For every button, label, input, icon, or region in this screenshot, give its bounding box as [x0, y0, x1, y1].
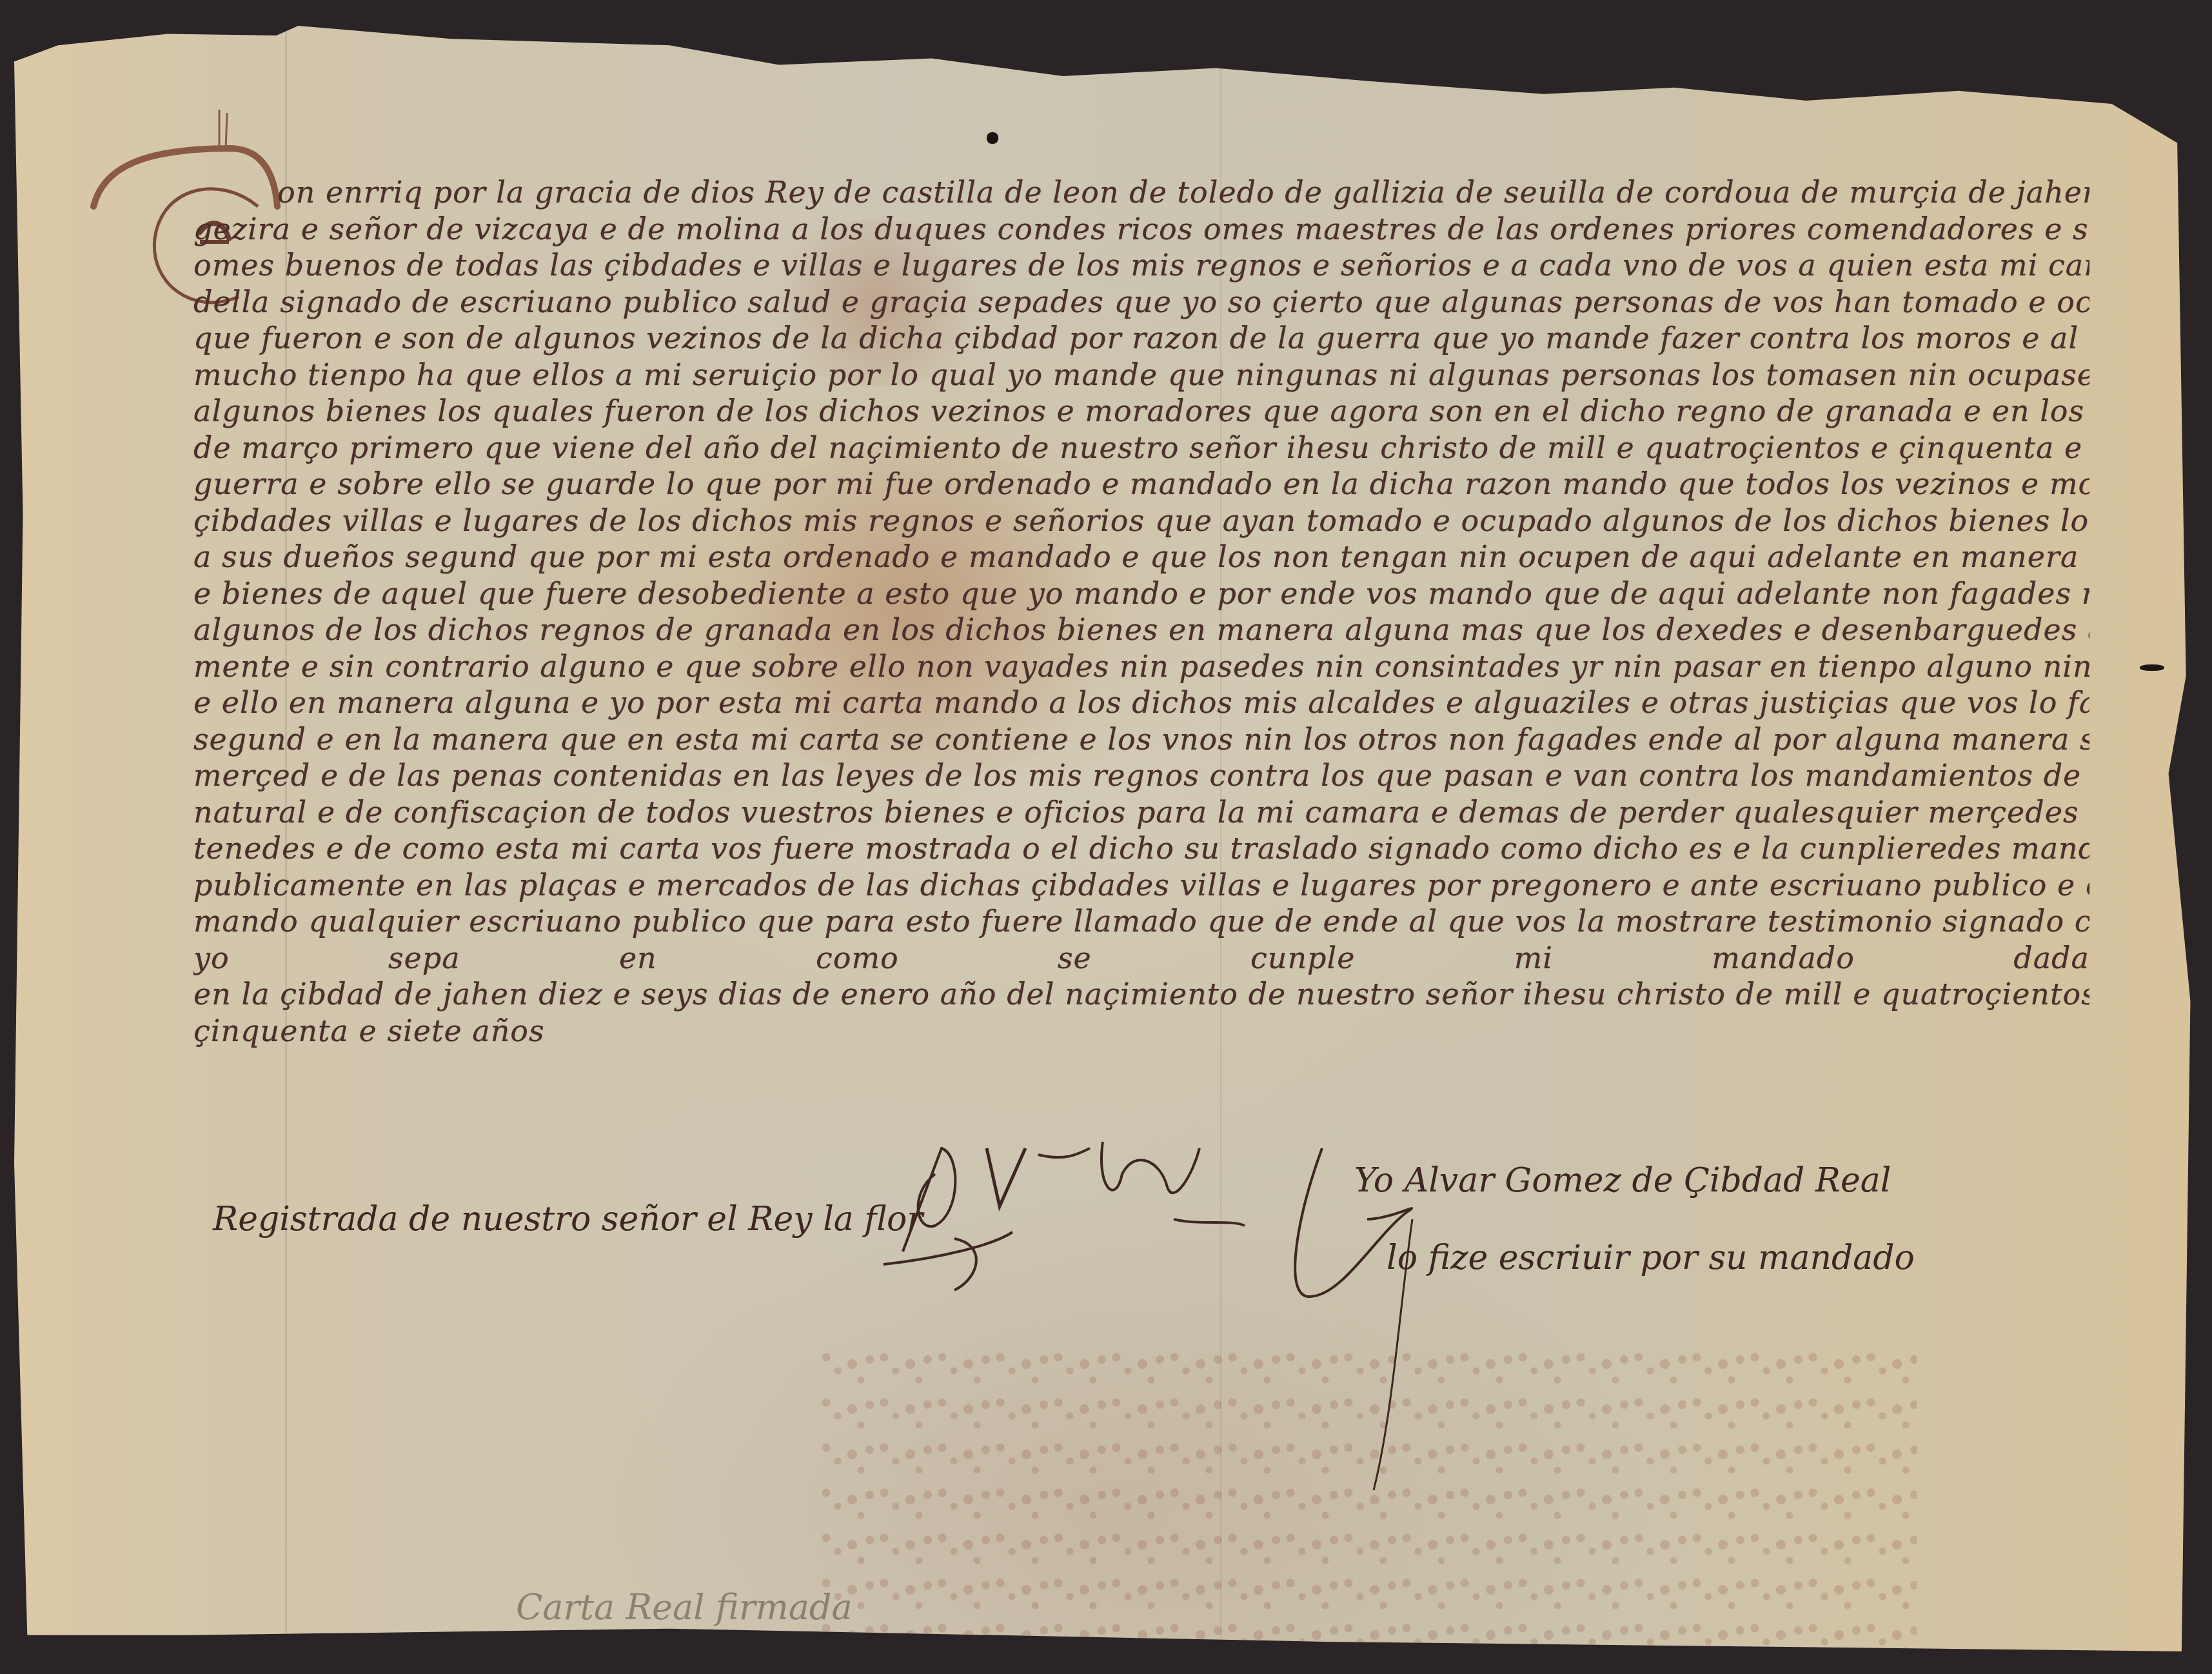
- royal-rubric-icon: [864, 1135, 1264, 1342]
- text-line: a sus dueños segund que por mi esta orde…: [193, 539, 2089, 575]
- text-line: çinquenta e siete años: [193, 1013, 2089, 1050]
- text-line: yo sepa en como se cunple mi mandado dad…: [193, 940, 2089, 977]
- text-line: algunos bienes los quales fueron de los …: [193, 393, 2089, 430]
- text-line: mente e sin contrario alguno e que sobre…: [193, 648, 2089, 685]
- text-line: omes buenos de todas las çibdades e vill…: [193, 247, 2089, 284]
- text-line: de março primero que viene del año del n…: [193, 430, 2089, 466]
- text-line: mando qualquier escriuano publico que pa…: [193, 903, 2089, 940]
- text-line: gezira e señor de vizcaya e de molina a …: [193, 211, 2089, 248]
- later-archival-annotation: Carta Real firmada: [516, 1587, 853, 1628]
- text-line: algunos de los dichos regnos de granada …: [193, 612, 2089, 648]
- secretary-signature-line1: Yo Alvar Gomez de Çibdad Real: [1354, 1161, 1891, 1200]
- text-line: çibdades villas e lugares de los dichos …: [193, 503, 2089, 539]
- text-line: guerra e sobre ello se guarde lo que por…: [193, 466, 2089, 503]
- text-line: on enrriq por la gracia de dios Rey de c…: [193, 174, 2089, 211]
- text-line: tenedes e de como esta mi carta vos fuer…: [193, 830, 2089, 867]
- text-line: publicamente en las plaças e mercados de…: [193, 867, 2089, 904]
- text-line: mucho tienpo ha que ellos a mi seruiçio …: [193, 357, 2089, 394]
- text-line: natural e de confiscaçion de todos vuest…: [193, 794, 2089, 831]
- text-line: en la çibdad de jahen diez e seys dias d…: [193, 976, 2089, 1013]
- text-line: que fueron e son de algunos vezinos de l…: [193, 320, 2089, 357]
- text-line: merçed e de las penas contenidas en las …: [193, 757, 2089, 794]
- text-line: e bienes de aquel que fuere desobediente…: [193, 575, 2089, 612]
- text-line: segund e en la manera que en esta mi car…: [193, 721, 2089, 758]
- registration-note: Registrada de nuestro señor el Rey la fl…: [213, 1200, 923, 1239]
- charter-body-text: on enrriq por la gracia de dios Rey de c…: [193, 174, 2089, 1049]
- ink-blot-right: [2140, 664, 2164, 671]
- secretary-signature-line2: lo fize escriuir por su mandado: [1387, 1239, 1915, 1277]
- ink-blot-top: [987, 132, 998, 144]
- text-line: della signado de escriuano publico salud…: [193, 284, 2089, 321]
- text-line: e ello en manera alguna e yo por esta mi…: [193, 684, 2089, 721]
